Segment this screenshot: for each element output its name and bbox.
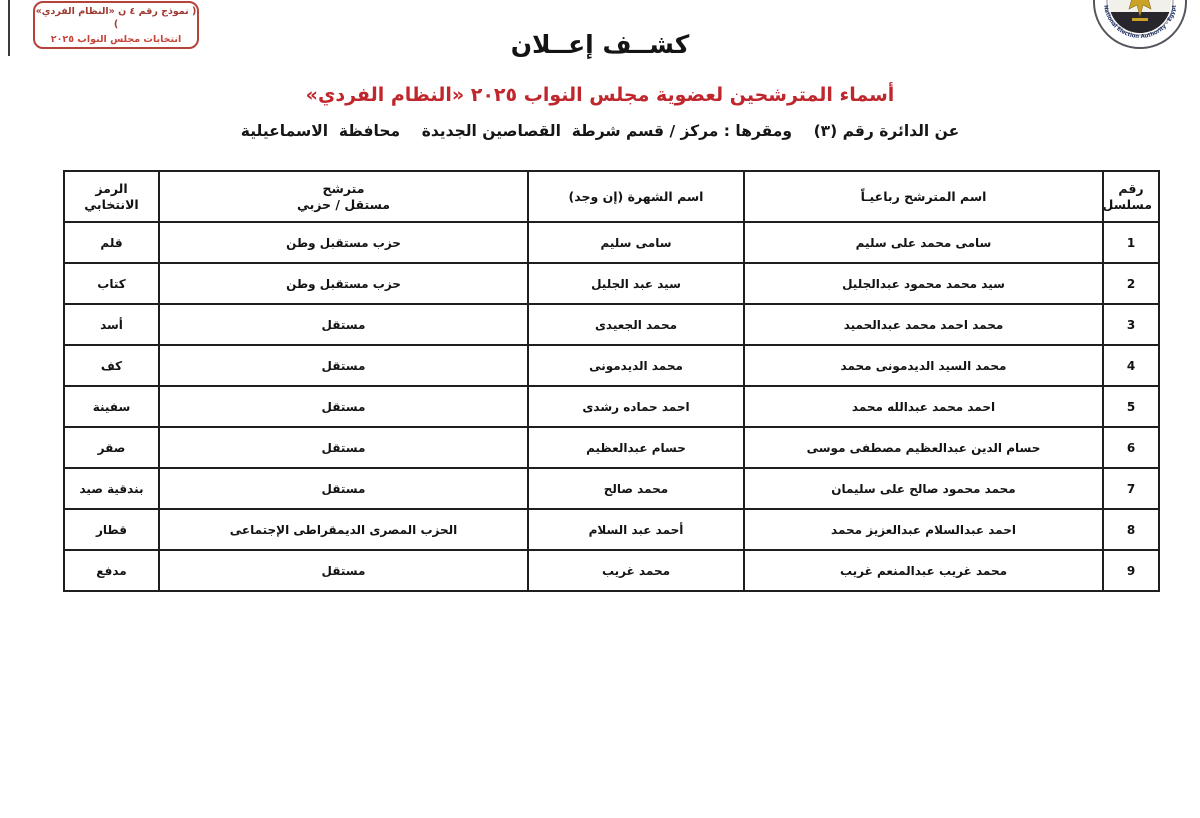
table-row: 7 محمد محمود صالح على سليمان محمد صالح م…: [64, 468, 1159, 509]
cell-symbol: قطار: [64, 509, 159, 550]
cell-known-name: حسام عبدالعظيم: [528, 427, 744, 468]
table-row: 5 احمد محمد عبدالله محمد احمد حماده رشدى…: [64, 386, 1159, 427]
table-row: 2 سيد محمد محمود عبدالجليل سيد عبد الجلي…: [64, 263, 1159, 304]
cell-symbol: صقر: [64, 427, 159, 468]
cell-affiliation: مستقل: [159, 427, 528, 468]
cell-serial: 1: [1103, 222, 1159, 263]
cell-affiliation: حزب مستقبل وطن: [159, 222, 528, 263]
cell-known-name: سامى سليم: [528, 222, 744, 263]
cell-serial: 4: [1103, 345, 1159, 386]
cell-full-name: سيد محمد محمود عبدالجليل: [744, 263, 1103, 304]
cell-known-name: محمد غريب: [528, 550, 744, 591]
cell-serial: 6: [1103, 427, 1159, 468]
col-header-known-name: اسم الشهرة (إن وجد): [528, 171, 744, 222]
cell-known-name: احمد حماده رشدى: [528, 386, 744, 427]
cell-known-name: محمد الديدمونى: [528, 345, 744, 386]
cell-full-name: محمد احمد محمد عبدالحميد: [744, 304, 1103, 345]
form-number-line: ( نموذج رقم ٤ ن «النظام الفردي» ): [35, 5, 197, 31]
col-header-affiliation: مترشح مستقل / حزبي: [159, 171, 528, 222]
cell-serial: 7: [1103, 468, 1159, 509]
cell-serial: 2: [1103, 263, 1159, 304]
cell-symbol: كف: [64, 345, 159, 386]
cell-serial: 5: [1103, 386, 1159, 427]
cell-symbol: سفينة: [64, 386, 159, 427]
cell-known-name: محمد الجعيدى: [528, 304, 744, 345]
cell-affiliation: مستقل: [159, 468, 528, 509]
table-row: 4 محمد السيد الديدمونى محمد محمد الديدمو…: [64, 345, 1159, 386]
district-line: عن الدائرة رقم (٣) ومقرها : مركز / قسم ش…: [0, 122, 1200, 140]
cell-full-name: احمد عبدالسلام عبدالعزيز محمد: [744, 509, 1103, 550]
cell-symbol: بندقية صيد: [64, 468, 159, 509]
table-header-row: رقم مسلسل اسم المترشح رباعيـاً اسم الشهر…: [64, 171, 1159, 222]
cell-symbol: قلم: [64, 222, 159, 263]
col-header-symbol: الرمز الانتخابي: [64, 171, 159, 222]
cell-full-name: سامى محمد على سليم: [744, 222, 1103, 263]
cell-full-name: محمد غريب عبدالمنعم غريب: [744, 550, 1103, 591]
cell-affiliation: مستقل: [159, 304, 528, 345]
cell-serial: 8: [1103, 509, 1159, 550]
cell-serial: 9: [1103, 550, 1159, 591]
cell-affiliation: حزب مستقبل وطن: [159, 263, 528, 304]
page-subtitle: أسماء المترشحين لعضوية مجلس النواب ٢٠٢٥ …: [0, 84, 1200, 106]
cell-known-name: سيد عبد الجليل: [528, 263, 744, 304]
table-row: 1 سامى محمد على سليم سامى سليم حزب مستقب…: [64, 222, 1159, 263]
announcement-page: ( نموذج رقم ٤ ن «النظام الفردي» ) انتخاب…: [0, 0, 1200, 818]
cell-full-name: احمد محمد عبدالله محمد: [744, 386, 1103, 427]
page-title: كشــف إعــلان: [0, 30, 1200, 59]
col-header-serial: رقم مسلسل: [1103, 171, 1159, 222]
candidates-table: رقم مسلسل اسم المترشح رباعيـاً اسم الشهر…: [63, 170, 1160, 592]
cell-affiliation: مستقل: [159, 550, 528, 591]
col-header-full-name: اسم المترشح رباعيـاً: [744, 171, 1103, 222]
table-row: 9 محمد غريب عبدالمنعم غريب محمد غريب مست…: [64, 550, 1159, 591]
cell-symbol: مدفع: [64, 550, 159, 591]
cell-symbol: أسد: [64, 304, 159, 345]
cell-affiliation: مستقل: [159, 386, 528, 427]
table-row: 6 حسام الدين عبدالعظيم مصطفى موسى حسام ع…: [64, 427, 1159, 468]
cell-affiliation: الحزب المصرى الديمقراطى الإجتماعى: [159, 509, 528, 550]
cell-known-name: محمد صالح: [528, 468, 744, 509]
cell-affiliation: مستقل: [159, 345, 528, 386]
cell-full-name: محمد السيد الديدمونى محمد: [744, 345, 1103, 386]
cell-full-name: حسام الدين عبدالعظيم مصطفى موسى: [744, 427, 1103, 468]
table-row: 3 محمد احمد محمد عبدالحميد محمد الجعيدى …: [64, 304, 1159, 345]
cell-known-name: أحمد عبد السلام: [528, 509, 744, 550]
cell-full-name: محمد محمود صالح على سليمان: [744, 468, 1103, 509]
cell-serial: 3: [1103, 304, 1159, 345]
table-row: 8 احمد عبدالسلام عبدالعزيز محمد أحمد عبد…: [64, 509, 1159, 550]
cell-symbol: كتاب: [64, 263, 159, 304]
